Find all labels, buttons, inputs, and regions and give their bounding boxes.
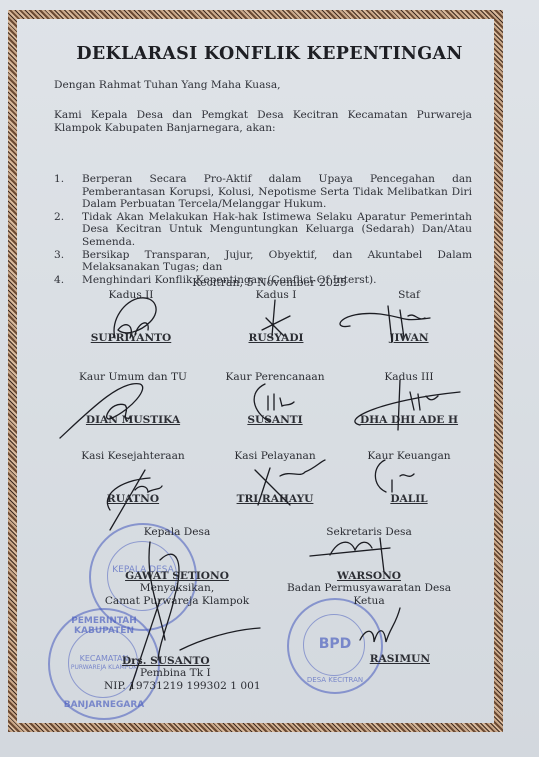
document-page: DEKLARASI KONFLIK KEPENTINGAN Dengan Rah… [0, 0, 539, 757]
document-title: DEKLARASI KONFLIK KEPENTINGAN [0, 44, 539, 64]
bpd-chair-block: RASIMUN [300, 653, 430, 665]
signature-block: Kasi Kesejahteraan RUATNO [58, 450, 208, 505]
signature-block: Kasi Pelayanan TRI RAHAYU [200, 450, 350, 505]
signature-block: Sekretaris Desa WARSONO Badan Permusyawa… [294, 526, 444, 608]
list-item: 2.Tidak Akan Melakukan Hak-hak Istimewa … [54, 211, 472, 249]
signature-block: Staf JIWAN [334, 289, 484, 344]
declaration-list: 1.Berperan Secara Pro-Aktif dalam Upaya … [54, 173, 472, 286]
signature-block: Kadus I RUSYADI [201, 289, 351, 344]
list-item: 1.Berperan Secara Pro-Aktif dalam Upaya … [54, 173, 472, 211]
bpd-org: Badan Permusyawaratan Desa [274, 582, 464, 595]
signature-block: Kaur Perencanaan SUSANTI [200, 371, 350, 426]
signature-block: Kepala Desa GAWAT SETIONO Menyaksikan, C… [102, 526, 252, 608]
witness-label: Menyaksikan, [102, 582, 252, 595]
bpd-role: Ketua [294, 595, 444, 608]
list-item: 3.Bersikap Transparan, Jujur, Obyektif, … [54, 249, 472, 274]
signature-block: Kadus III DHA DHI ADE H [334, 371, 484, 426]
witness-role: Camat Purwareja Klampok [102, 595, 252, 608]
signature-block: Kaur Keuangan DALIL [334, 450, 484, 505]
greeting: Dengan Rahmat Tuhan Yang Maha Kuasa, [54, 79, 281, 92]
signature-block: Kaur Umum dan TU DIAN MUSTIKA [58, 371, 208, 426]
witness-block: Drs. SUSANTO Pembina Tk I NIP. 19731219 … [104, 655, 294, 693]
place-date: Kecitran, 5 November 2025 [0, 276, 539, 289]
intro-paragraph: Kami Kepala Desa dan Pemgkat Desa Kecitr… [54, 109, 472, 135]
signature-block: Kadus II SUPRIYANTO [56, 289, 206, 344]
